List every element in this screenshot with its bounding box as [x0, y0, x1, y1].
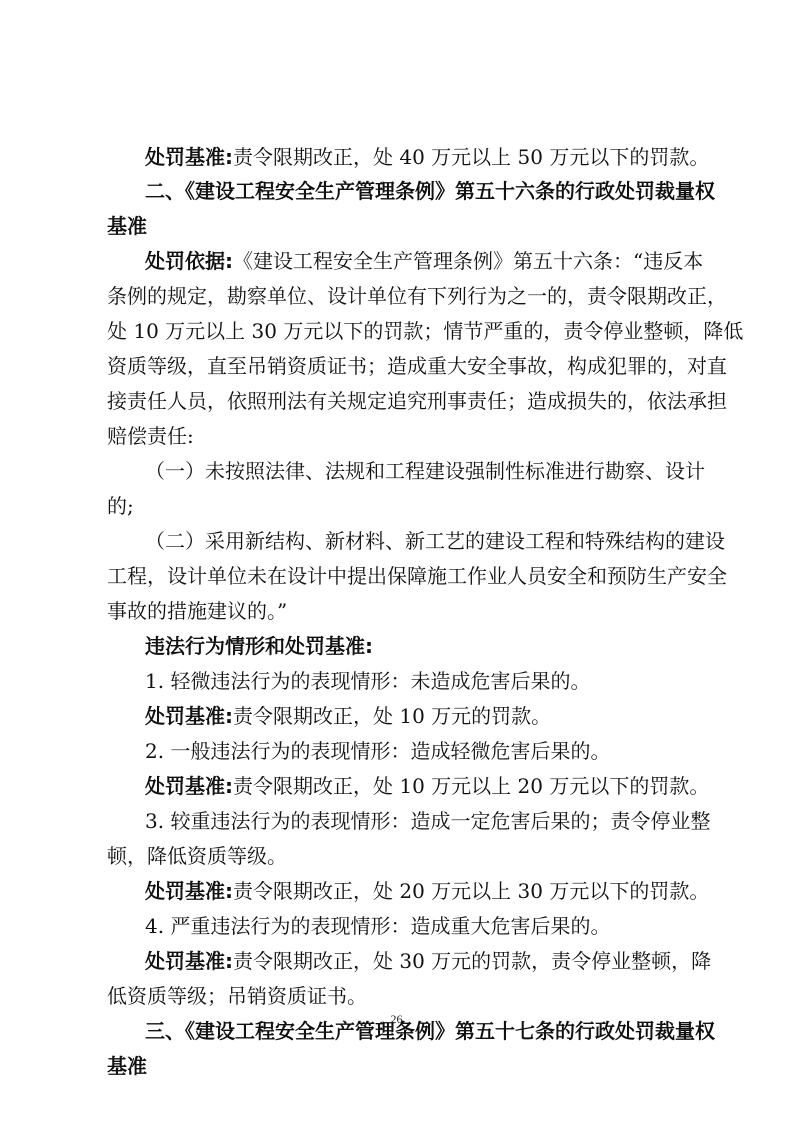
- bold-label: 处罚依据:: [145, 249, 233, 273]
- text-line: 处罚依据:《建设工程安全生产管理条例》第五十六条：“违反本: [107, 244, 687, 278]
- body-text: 1. 轻微违法行为的表现情形：未造成危害后果的。: [145, 669, 590, 693]
- text-line: 赔偿责任:: [107, 419, 687, 453]
- text-line: 处罚基准:责令限期改正，处 10 万元以上 20 万元以下的罚款。: [107, 769, 687, 803]
- text-line: 条例的规定，勘察单位、设计单位有下列行为之一的，责令限期改正，: [107, 279, 687, 313]
- text-line: （一）未按照法律、法规和工程建设强制性标准进行勘察、设计: [107, 454, 687, 488]
- body-text: 处 10 万元以上 30 万元以下的罚款；情节严重的，责令停业整顿，降低: [107, 319, 743, 343]
- text-line: 处 10 万元以上 30 万元以下的罚款；情节严重的，责令停业整顿，降低: [107, 314, 687, 348]
- text-line: 二、《建设工程安全生产管理条例》第五十六条的行政处罚裁量权: [107, 174, 687, 208]
- text-line: 违法行为情形和处罚基准:: [107, 629, 687, 663]
- body-text: （一）未按照法律、法规和工程建设强制性标准进行勘察、设计: [145, 459, 705, 483]
- text-line: 处罚基准:责令限期改正，处 40 万元以上 50 万元以下的罚款。: [107, 140, 687, 174]
- body-text: 资质等级，直至吊销资质证书；造成重大安全事故，构成犯罪的，对直: [107, 354, 727, 378]
- text-line: 低资质等级；吊销资质证书。: [107, 979, 687, 1013]
- text-line: 事故的措施建议的。”: [107, 594, 687, 628]
- body-text: 顿，降低资质等级。: [107, 844, 287, 868]
- body-text: 2. 一般违法行为的表现情形：造成轻微危害后果的。: [145, 739, 610, 763]
- body-text: （二）采用新结构、新材料、新工艺的建设工程和特殊结构的建设: [145, 529, 725, 553]
- body-text: 的;: [107, 494, 134, 518]
- page-number: 26: [0, 1012, 793, 1027]
- body-text: 4. 严重违法行为的表现情形：造成重大危害后果的。: [145, 914, 610, 938]
- body-text: 《建设工程安全生产管理条例》第五十六条：“违反本: [233, 249, 703, 273]
- text-line: 接责任人员，依照刑法有关规定追究刑事责任；造成损失的，依法承担: [107, 384, 687, 418]
- text-line: 基准: [107, 209, 687, 243]
- bold-label: 基准: [107, 214, 147, 238]
- bold-label: 二、《建设工程安全生产管理条例》第五十六条的行政处罚裁量权: [145, 179, 715, 203]
- body-text: 责令限期改正，处 10 万元以上 20 万元以下的罚款。: [233, 774, 709, 798]
- bold-label: 处罚基准:: [145, 704, 233, 728]
- text-line: 基准: [107, 1049, 687, 1083]
- body-text: 接责任人员，依照刑法有关规定追究刑事责任；造成损失的，依法承担: [107, 389, 727, 413]
- bold-label: 基准: [107, 1054, 147, 1078]
- bold-label: 违法行为情形和处罚基准:: [145, 634, 373, 658]
- text-line: 处罚基准:责令限期改正，处 30 万元的罚款，责令停业整顿，降: [107, 944, 687, 978]
- text-line: 的;: [107, 489, 687, 523]
- bold-label: 处罚基准:: [145, 774, 233, 798]
- body-text: 责令限期改正，处 10 万元的罚款。: [233, 704, 551, 728]
- bold-label: 处罚基准:: [145, 145, 233, 169]
- text-line: （二）采用新结构、新材料、新工艺的建设工程和特殊结构的建设: [107, 524, 687, 558]
- body-text: 低资质等级；吊销资质证书。: [107, 984, 367, 1008]
- text-line: 顿，降低资质等级。: [107, 839, 687, 873]
- body-text: 赔偿责任:: [107, 424, 194, 448]
- body-text: 责令限期改正，处 30 万元的罚款，责令停业整顿，降: [233, 949, 711, 973]
- text-line: 3. 较重违法行为的表现情形：造成一定危害后果的；责令停业整: [107, 804, 687, 838]
- bold-label: 处罚基准:: [145, 949, 233, 973]
- text-line: 1. 轻微违法行为的表现情形：未造成危害后果的。: [107, 664, 687, 698]
- text-line: 资质等级，直至吊销资质证书；造成重大安全事故，构成犯罪的，对直: [107, 349, 687, 383]
- body-text: 3. 较重违法行为的表现情形：造成一定危害后果的；责令停业整: [145, 809, 710, 833]
- body-text: 条例的规定，勘察单位、设计单位有下列行为之一的，责令限期改正，: [107, 284, 727, 308]
- body-text: 事故的措施建议的。”: [107, 599, 287, 623]
- text-line: 处罚基准:责令限期改正，处 20 万元以上 30 万元以下的罚款。: [107, 874, 687, 908]
- body-text: 责令限期改正，处 40 万元以上 50 万元以下的罚款。: [233, 145, 709, 169]
- bold-label: 处罚基准:: [145, 879, 233, 903]
- body-text: 责令限期改正，处 20 万元以上 30 万元以下的罚款。: [233, 879, 709, 903]
- body-text: 工程，设计单位未在设计中提出保障施工作业人员安全和预防生产安全: [107, 564, 727, 588]
- text-line: 2. 一般违法行为的表现情形：造成轻微危害后果的。: [107, 734, 687, 768]
- text-line: 处罚基准:责令限期改正，处 10 万元的罚款。: [107, 699, 687, 733]
- text-line: 4. 严重违法行为的表现情形：造成重大危害后果的。: [107, 909, 687, 943]
- text-line: 工程，设计单位未在设计中提出保障施工作业人员安全和预防生产安全: [107, 559, 687, 593]
